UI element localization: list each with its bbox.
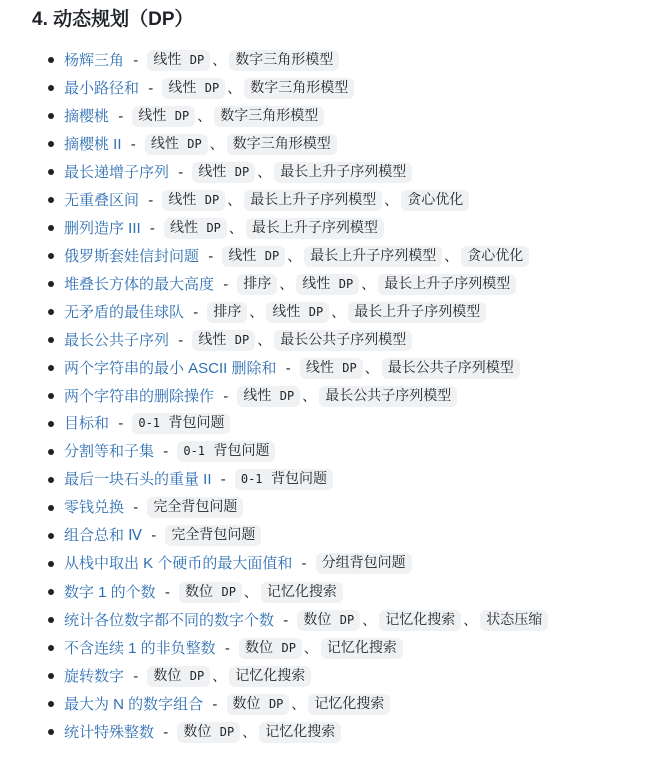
bullet-icon: [48, 701, 54, 707]
comma-separator: 、: [197, 108, 211, 124]
comma-separator: 、: [249, 304, 263, 320]
tag-chip: 线性 DP: [132, 106, 195, 127]
problem-link[interactable]: 从栈中取出 K 个硬币的最大面值和: [64, 555, 292, 572]
tag-chip: 线性 DP: [145, 134, 208, 155]
dash-separator: -: [165, 584, 170, 601]
bullet-icon: [48, 113, 54, 119]
comma-separator: 、: [257, 164, 271, 180]
tag-group: 数位 DP、记忆化搜索、状态压缩: [297, 612, 548, 629]
tag-chip: 线性 DP: [266, 302, 329, 323]
problem-link[interactable]: 俄罗斯套娃信封问题: [64, 248, 199, 265]
tag-chip: 最长上升子序列模型: [348, 302, 486, 323]
dash-separator: -: [151, 527, 156, 544]
tag-chip: 数位 DP: [239, 638, 302, 659]
problem-link[interactable]: 摘樱桃 II: [64, 136, 122, 153]
bullet-icon: [48, 85, 54, 91]
tag-chip: 最长公共子序列模型: [274, 330, 412, 351]
bullet-icon: [48, 561, 54, 567]
problem-link[interactable]: 无矛盾的最佳球队: [64, 304, 184, 321]
comma-separator: 、: [302, 388, 316, 404]
tag-group: 完全背包问题: [147, 499, 243, 516]
tag-chip: 数字三角形模型: [244, 78, 354, 99]
comma-separator: 、: [257, 332, 271, 348]
bullet-icon: [48, 365, 54, 371]
dash-separator: -: [133, 668, 138, 685]
problem-link[interactable]: 统计各位数字都不同的数字个数: [64, 612, 274, 629]
tag-group: 0-1 背包问题: [177, 443, 275, 460]
list-item: 删列造序 III - 线性 DP、最长上升子序列模型: [48, 214, 655, 242]
dash-separator: -: [133, 499, 138, 516]
bullet-icon: [48, 589, 54, 595]
comma-separator: 、: [304, 640, 318, 656]
list-item: 数字 1 的个数 - 数位 DP、记忆化搜索: [48, 578, 655, 606]
tag-chip: 数位 DP: [179, 582, 242, 603]
tag-chip: 线性 DP: [164, 218, 227, 239]
comma-separator: 、: [463, 612, 477, 628]
tag-group: 线性 DP、数字三角形模型: [132, 108, 324, 125]
bullet-icon: [48, 673, 54, 679]
tag-chip: 线性 DP: [300, 358, 363, 379]
bullet-icon: [48, 393, 54, 399]
tag-chip: 最长上升子序列模型: [274, 162, 412, 183]
problem-link[interactable]: 杨辉三角: [64, 52, 124, 69]
problem-link[interactable]: 无重叠区间: [64, 192, 139, 209]
tag-chip: 排序: [237, 274, 277, 295]
dash-separator: -: [118, 415, 123, 432]
dash-separator: -: [150, 220, 155, 237]
dash-separator: -: [163, 443, 168, 460]
tag-group: 线性 DP、最长公共子序列模型: [237, 388, 457, 405]
tag-group: 排序、线性 DP、最长上升子序列模型: [207, 304, 486, 321]
list-item: 两个字符串的最小 ASCII 删除和 - 线性 DP、最长公共子序列模型: [48, 354, 655, 382]
section-title: 4. 动态规划（DP）: [32, 6, 655, 36]
problem-link[interactable]: 最后一块石头的重量 II: [64, 471, 212, 488]
problem-link[interactable]: 最长公共子序列: [64, 332, 169, 349]
tag-chip: 数字三角形模型: [227, 134, 337, 155]
dash-separator: -: [208, 248, 213, 265]
tag-chip: 0-1 背包问题: [177, 441, 275, 462]
tag-group: 线性 DP、数字三角形模型: [147, 52, 339, 69]
tag-chip: 状态压缩: [480, 610, 548, 631]
comma-separator: 、: [227, 192, 241, 208]
problem-link[interactable]: 最长递增子序列: [64, 164, 169, 181]
tag-chip: 完全背包问题: [147, 497, 243, 518]
bullet-icon: [48, 197, 54, 203]
tag-group: 线性 DP、最长公共子序列模型: [192, 332, 412, 349]
list-item: 分割等和子集 - 0-1 背包问题: [48, 438, 655, 466]
problem-link[interactable]: 最大为 N 的数字组合: [64, 696, 203, 713]
tag-chip: 线性 DP: [162, 190, 225, 211]
tag-group: 线性 DP、最长公共子序列模型: [300, 360, 520, 377]
list-item: 堆叠长方体的最大高度 - 排序、线性 DP、最长上升子序列模型: [48, 270, 655, 298]
tag-group: 线性 DP、最长上升子序列模型、贪心优化: [222, 248, 529, 265]
tag-chip: 数字三角形模型: [214, 106, 324, 127]
tag-group: 完全背包问题: [165, 527, 261, 544]
problem-link[interactable]: 摘樱桃: [64, 108, 109, 125]
dash-separator: -: [223, 388, 228, 405]
tag-chip: 数位 DP: [177, 722, 240, 743]
document: 4. 动态规划（DP） 杨辉三角 - 线性 DP、数字三角形模型 最小路径和 -…: [0, 0, 655, 746]
tag-chip: 贪心优化: [401, 190, 469, 211]
tag-group: 数位 DP、记忆化搜索: [147, 668, 311, 685]
list-item: 两个字符串的删除操作 - 线性 DP、最长公共子序列模型: [48, 382, 655, 410]
dash-separator: -: [221, 471, 226, 488]
bullet-icon: [48, 337, 54, 343]
dash-separator: -: [193, 304, 198, 321]
comma-separator: 、: [212, 668, 226, 684]
list-item: 不含连续 1 的非负整数 - 数位 DP、记忆化搜索: [48, 634, 655, 662]
bullet-icon: [48, 617, 54, 623]
bullet-icon: [48, 169, 54, 175]
tag-chip: 数位 DP: [227, 694, 290, 715]
problem-link[interactable]: 统计特殊整数: [64, 724, 154, 741]
comma-separator: 、: [331, 304, 345, 320]
tag-chip: 分组背包问题: [316, 553, 412, 574]
bullet-icon: [48, 533, 54, 539]
list-item: 摘樱桃 II - 线性 DP、数字三角形模型: [48, 130, 655, 158]
problem-link[interactable]: 旋转数字: [64, 668, 124, 685]
problem-link[interactable]: 堆叠长方体的最大高度: [64, 276, 214, 293]
list-item: 统计各位数字都不同的数字个数 - 数位 DP、记忆化搜索、状态压缩: [48, 606, 655, 634]
tag-chip: 线性 DP: [296, 274, 359, 295]
tag-group: 数位 DP、记忆化搜索: [179, 584, 343, 601]
list-item: 最长递增子序列 - 线性 DP、最长上升子序列模型: [48, 158, 655, 186]
tag-chip: 最长上升子序列模型: [244, 190, 382, 211]
dash-separator: -: [212, 696, 217, 713]
tag-chip: 最长公共子序列模型: [319, 386, 457, 407]
list-item: 从栈中取出 K 个硬币的最大面值和 - 分组背包问题: [48, 550, 655, 578]
tag-group: 0-1 背包问题: [132, 415, 230, 432]
list-item: 最长公共子序列 - 线性 DP、最长公共子序列模型: [48, 326, 655, 354]
tag-chip: 排序: [207, 302, 247, 323]
tag-group: 线性 DP、最长上升子序列模型: [164, 220, 384, 237]
list-item: 无重叠区间 - 线性 DP、最长上升子序列模型、贪心优化: [48, 186, 655, 214]
dash-separator: -: [283, 612, 288, 629]
list-item: 最小路径和 - 线性 DP、数字三角形模型: [48, 74, 655, 102]
bullet-icon: [48, 421, 54, 427]
tag-chip: 数字三角形模型: [229, 50, 339, 71]
bullet-icon: [48, 645, 54, 651]
dash-separator: -: [118, 108, 123, 125]
tag-group: 数位 DP、记忆化搜索: [227, 696, 391, 713]
bullet-icon: [48, 57, 54, 63]
comma-separator: 、: [279, 276, 293, 292]
tag-chip: 线性 DP: [162, 78, 225, 99]
tag-chip: 线性 DP: [192, 162, 255, 183]
bullet-icon: [48, 449, 54, 455]
tag-chip: 记忆化搜索: [229, 666, 311, 687]
tag-chip: 0-1 背包问题: [132, 413, 230, 434]
dash-separator: -: [178, 332, 183, 349]
problem-link[interactable]: 两个字符串的最小 ASCII 删除和: [64, 360, 277, 377]
list-item: 旋转数字 - 数位 DP、记忆化搜索: [48, 662, 655, 690]
tag-chip: 记忆化搜索: [379, 610, 461, 631]
comma-separator: 、: [384, 192, 398, 208]
tag-group: 排序、线性 DP、最长上升子序列模型: [237, 276, 516, 293]
tag-chip: 数位 DP: [147, 666, 210, 687]
tag-group: 线性 DP、最长上升子序列模型、贪心优化: [162, 192, 469, 209]
problem-link[interactable]: 不含连续 1 的非负整数: [64, 640, 216, 657]
tag-chip: 数位 DP: [297, 610, 360, 631]
list-item: 目标和 - 0-1 背包问题: [48, 410, 655, 438]
bullet-icon: [48, 309, 54, 315]
list-item: 摘樱桃 - 线性 DP、数字三角形模型: [48, 102, 655, 130]
bullet-icon: [48, 225, 54, 231]
tag-chip: 线性 DP: [237, 386, 300, 407]
dash-separator: -: [148, 192, 153, 209]
comma-separator: 、: [244, 584, 258, 600]
tag-chip: 贪心优化: [461, 246, 529, 267]
tag-group: 0-1 背包问题: [235, 471, 333, 488]
list-item: 组合总和 Ⅳ - 完全背包问题: [48, 522, 655, 550]
bullet-icon: [48, 253, 54, 259]
comma-separator: 、: [365, 360, 379, 376]
tag-chip: 记忆化搜索: [321, 638, 403, 659]
bullet-icon: [48, 729, 54, 735]
dash-separator: -: [286, 360, 291, 377]
tag-chip: 最长上升子序列模型: [378, 274, 516, 295]
comma-separator: 、: [291, 696, 305, 712]
tag-chip: 最长公共子序列模型: [382, 358, 520, 379]
dash-separator: -: [302, 555, 307, 572]
bullet-icon: [48, 281, 54, 287]
list-item: 最大为 N 的数字组合 - 数位 DP、记忆化搜索: [48, 690, 655, 718]
problem-link[interactable]: 两个字符串的删除操作: [64, 388, 214, 405]
problem-link[interactable]: 数字 1 的个数: [64, 584, 156, 601]
list-item: 零钱兑换 - 完全背包问题: [48, 494, 655, 522]
comma-separator: 、: [212, 52, 226, 68]
list-item: 杨辉三角 - 线性 DP、数字三角形模型: [48, 46, 655, 74]
comma-separator: 、: [242, 724, 256, 740]
comma-separator: 、: [227, 80, 241, 96]
dash-separator: -: [131, 136, 136, 153]
tag-chip: 记忆化搜索: [308, 694, 390, 715]
bullet-icon: [48, 477, 54, 483]
tag-chip: 最长上升子序列模型: [246, 218, 384, 239]
tag-chip: 0-1 背包问题: [235, 469, 333, 490]
list-item: 俄罗斯套娃信封问题 - 线性 DP、最长上升子序列模型、贪心优化: [48, 242, 655, 270]
problem-link[interactable]: 删列造序 III: [64, 220, 141, 237]
problem-list: 杨辉三角 - 线性 DP、数字三角形模型 最小路径和 - 线性 DP、数字三角形…: [32, 46, 655, 746]
problem-link[interactable]: 分割等和子集: [64, 443, 154, 460]
dash-separator: -: [163, 724, 168, 741]
comma-separator: 、: [361, 276, 375, 292]
problem-link[interactable]: 组合总和 Ⅳ: [64, 527, 142, 544]
comma-separator: 、: [210, 136, 224, 152]
dash-separator: -: [223, 276, 228, 293]
comma-separator: 、: [229, 220, 243, 236]
tag-chip: 记忆化搜索: [261, 582, 343, 603]
tag-group: 数位 DP、记忆化搜索: [177, 724, 341, 741]
tag-chip: 线性 DP: [192, 330, 255, 351]
dash-separator: -: [133, 52, 138, 69]
comma-separator: 、: [362, 612, 376, 628]
tag-group: 数位 DP、记忆化搜索: [239, 640, 403, 657]
tag-chip: 完全背包问题: [165, 525, 261, 546]
tag-group: 线性 DP、数字三角形模型: [145, 136, 337, 153]
tag-group: 分组背包问题: [316, 555, 412, 572]
dash-separator: -: [178, 164, 183, 181]
tag-group: 线性 DP、最长上升子序列模型: [192, 164, 412, 181]
comma-separator: 、: [444, 248, 458, 264]
list-item: 最后一块石头的重量 II - 0-1 背包问题: [48, 466, 655, 494]
problem-link[interactable]: 最小路径和: [64, 80, 139, 97]
tag-chip: 线性 DP: [147, 50, 210, 71]
dash-separator: -: [225, 640, 230, 657]
dash-separator: -: [148, 80, 153, 97]
tag-chip: 最长上升子序列模型: [304, 246, 442, 267]
tag-group: 线性 DP、数字三角形模型: [162, 80, 354, 97]
bullet-icon: [48, 141, 54, 147]
tag-chip: 线性 DP: [222, 246, 285, 267]
tag-chip: 记忆化搜索: [259, 722, 341, 743]
problem-link[interactable]: 零钱兑换: [64, 499, 124, 516]
list-item: 无矛盾的最佳球队 - 排序、线性 DP、最长上升子序列模型: [48, 298, 655, 326]
list-item: 统计特殊整数 - 数位 DP、记忆化搜索: [48, 718, 655, 746]
problem-link[interactable]: 目标和: [64, 415, 109, 432]
comma-separator: 、: [287, 248, 301, 264]
bullet-icon: [48, 505, 54, 511]
